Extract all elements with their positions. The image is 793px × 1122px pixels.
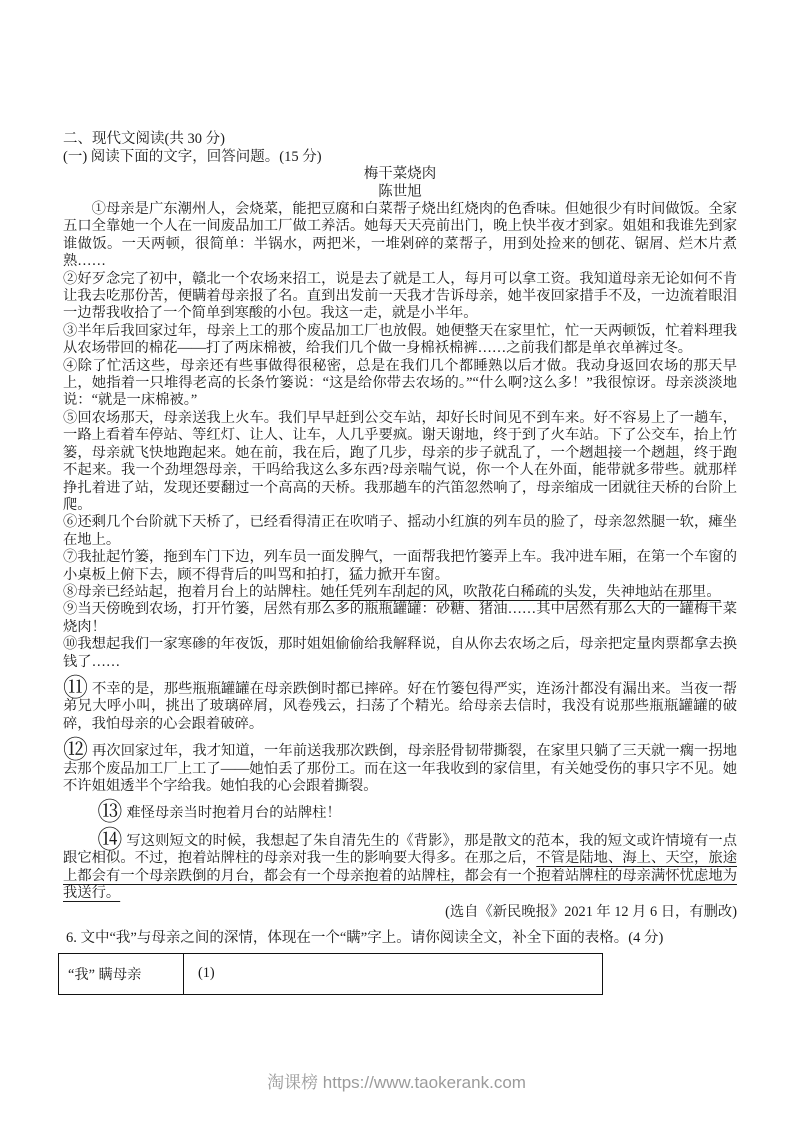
paragraph-10: ⑩我想起我们一家寒碜的年夜饭，那时姐姐偷偷给我解释说，自从你去农场之后，母亲把定… — [63, 636, 737, 671]
sentence: 我扯起竹篓，拖到车门下边，列车员一面发脾气，一面帮我把竹篓弄上车。我冲进车厢，在… — [63, 549, 737, 582]
paragraph-number: ① — [92, 201, 106, 217]
paragraph-9: ⑨当天傍晚到农场，打开竹篓，居然有那么多的瓶瓶罐罐：砂糖、猪油……其中居然有那么… — [63, 601, 737, 636]
paragraph-5: ⑤回农场那天，母亲送我上火车。我们早早赶到公交车站，却好长时间见不到车来。好不容… — [63, 410, 737, 514]
paragraph-12: ⑫再次回家过年，我才知道，一年前送我那次跌倒，母亲胫骨韧带撕裂，在家里只躺了三天… — [63, 742, 737, 795]
question-6: 6. 文中“我”与母亲之间的深情，体现在一个“瞒”字上。请你阅读全文，补全下面的… — [63, 929, 737, 947]
watermark-site-name: 淘课榜 — [267, 1073, 323, 1092]
sentence: 好歹念完了初中，赣北一个农场来招工，说是去了就是工人，每月可以拿工资。我知道母亲… — [63, 271, 737, 322]
paragraph-number: ⑨ — [63, 601, 77, 617]
table-row: “我” 瞒母亲 (1) — [59, 953, 603, 994]
article-body: ①母亲是广东潮州人，会烧菜，能把豆腐和白菜帮子烧出红烧肉的色香味。但她很少有时间… — [63, 201, 737, 902]
watermark-footer: 淘课榜 https://www.taokerank.com — [0, 1068, 793, 1093]
sentence: 难怪母亲当时抱着月台的站牌柱！ — [126, 805, 340, 821]
exam-page-content: 二、现代文阅读(共 30 分) (一) 阅读下面的文字，回答问题。(15 分) … — [63, 131, 737, 995]
sentence: 当天傍晚到农场，打开竹篓，居然有那么多的瓶瓶罐罐：砂糖、猪油……其中居然有那么大… — [63, 601, 737, 634]
paragraph-number: ③ — [63, 323, 77, 339]
paragraph-number: ⑧ — [63, 584, 77, 600]
table-answer-cell: (1) — [184, 953, 603, 994]
paragraph-11: ⑪不幸的是，那些瓶瓶罐罐在母亲跌倒时都已摔碎。好在竹篓包得严实，连汤汁都没有漏出… — [63, 680, 737, 733]
paragraph-7: ⑦我扯起竹篓，拖到车门下边，列车员一面发脾气，一面帮我把竹篓弄上车。我冲进车厢，… — [63, 549, 737, 584]
paragraph-number: ④ — [63, 358, 78, 374]
answer-table: “我” 瞒母亲 (1) — [58, 953, 603, 995]
paragraph-number: ⑩ — [63, 636, 77, 652]
article-author: 陈世旭 — [63, 184, 737, 202]
paragraph-number: ⑦ — [63, 549, 77, 565]
paragraph-3: ③半年后我回家过年，母亲上工的那个废品加工厂也放假。她便整天在家里忙，忙一天两顿… — [63, 323, 737, 358]
sentence: 母亲是广东潮州人，会烧菜，能把豆腐和白菜帮子烧出红烧肉的色香味。但她很少有时间做… — [63, 201, 737, 269]
sentence: 除了忙活这些，母亲还有些事做得很秘密，总是在我们几个都睡熟以后才做。我动身返回农… — [63, 358, 737, 409]
paragraph-number: ⑪ — [63, 680, 88, 697]
paragraph-number: ② — [63, 271, 77, 287]
article-title: 梅干菜烧肉 — [63, 166, 737, 184]
paragraph-8: ⑧母亲已经站起，抱着月台上的站牌柱。她任凭列车刮起的风，吹散花白稀疏的头发，失神… — [63, 584, 737, 601]
paragraph-14: ⑭写这则短文的时候，我想起了朱自清先生的《背影》，那是散文的范本，我的短文或许情… — [63, 832, 737, 903]
paragraph-number: ⑥ — [63, 514, 77, 530]
paragraph-13: ⑬难怪母亲当时抱着月台的站牌柱！ — [63, 804, 737, 822]
paragraph-number: ⑫ — [63, 742, 88, 759]
paragraph-number: ⑬ — [97, 804, 122, 821]
sentence: 回农场那天，母亲送我上火车。我们早早赶到公交车站，却好长时间见不到车来。好不容易… — [63, 410, 737, 513]
paragraph-6: ⑥还剩几个台阶就下天桥了，已经看得清正在吹哨子、摇动小红旗的列车员的脸了，母亲忽… — [63, 514, 737, 549]
source-citation: (选自《新民晚报》2021 年 12 月 6 日，有删改) — [63, 904, 737, 921]
table-row-label: “我” 瞒母亲 — [59, 953, 184, 994]
paragraph-2: ②好歹念完了初中，赣北一个农场来招工，说是去了就是工人，每月可以拿工资。我知道母… — [63, 271, 737, 323]
sentence: 我想起我们一家寒碜的年夜饭，那时姐姐偷偷给我解释说，自从你去农场之后，母亲把定量… — [63, 636, 737, 669]
sentence: 还剩几个台阶就下天桥了，已经看得清正在吹哨子、摇动小红旗的列车员的脸了，母亲忽然… — [63, 514, 737, 547]
sentence: 不幸的是，那些瓶瓶罐罐在母亲跌倒时都已摔碎。好在竹篓包得严实，连汤汁都没有漏出来… — [63, 681, 737, 732]
sentence: 半年后我回家过年，母亲上工的那个废品加工厂也放假。她便整天在家里忙，忙一天两顿饭… — [63, 323, 737, 356]
paragraph-4: ④除了忙活这些，母亲还有些事做得很秘密，总是在我们几个都睡熟以后才做。我动身返回… — [63, 358, 737, 410]
paragraph-number: ⑭ — [97, 832, 122, 849]
paragraph-number: ⑤ — [63, 410, 77, 426]
sentence: 母亲已经站起，抱着月台上的站牌柱。 — [77, 584, 320, 600]
watermark-site-url: https://www.taokerank.com — [323, 1073, 526, 1092]
sentence: 再次回家过年，我才知道，一年前送我那次跌倒，母亲胫骨韧带撕裂，在家里只躺了三天就… — [63, 743, 737, 794]
subsection-header: (一) 阅读下面的文字，回答问题。(15 分) — [63, 149, 737, 167]
section-header: 二、现代文阅读(共 30 分) — [63, 131, 737, 149]
underlined-sentence: 她任凭列车刮起的风，吹散花白稀疏的头发，失神地站在那里。 — [320, 584, 720, 600]
paragraph-1: ①母亲是广东潮州人，会烧菜，能把豆腐和白菜帮子烧出红烧肉的色香味。但她很少有时间… — [63, 201, 737, 271]
